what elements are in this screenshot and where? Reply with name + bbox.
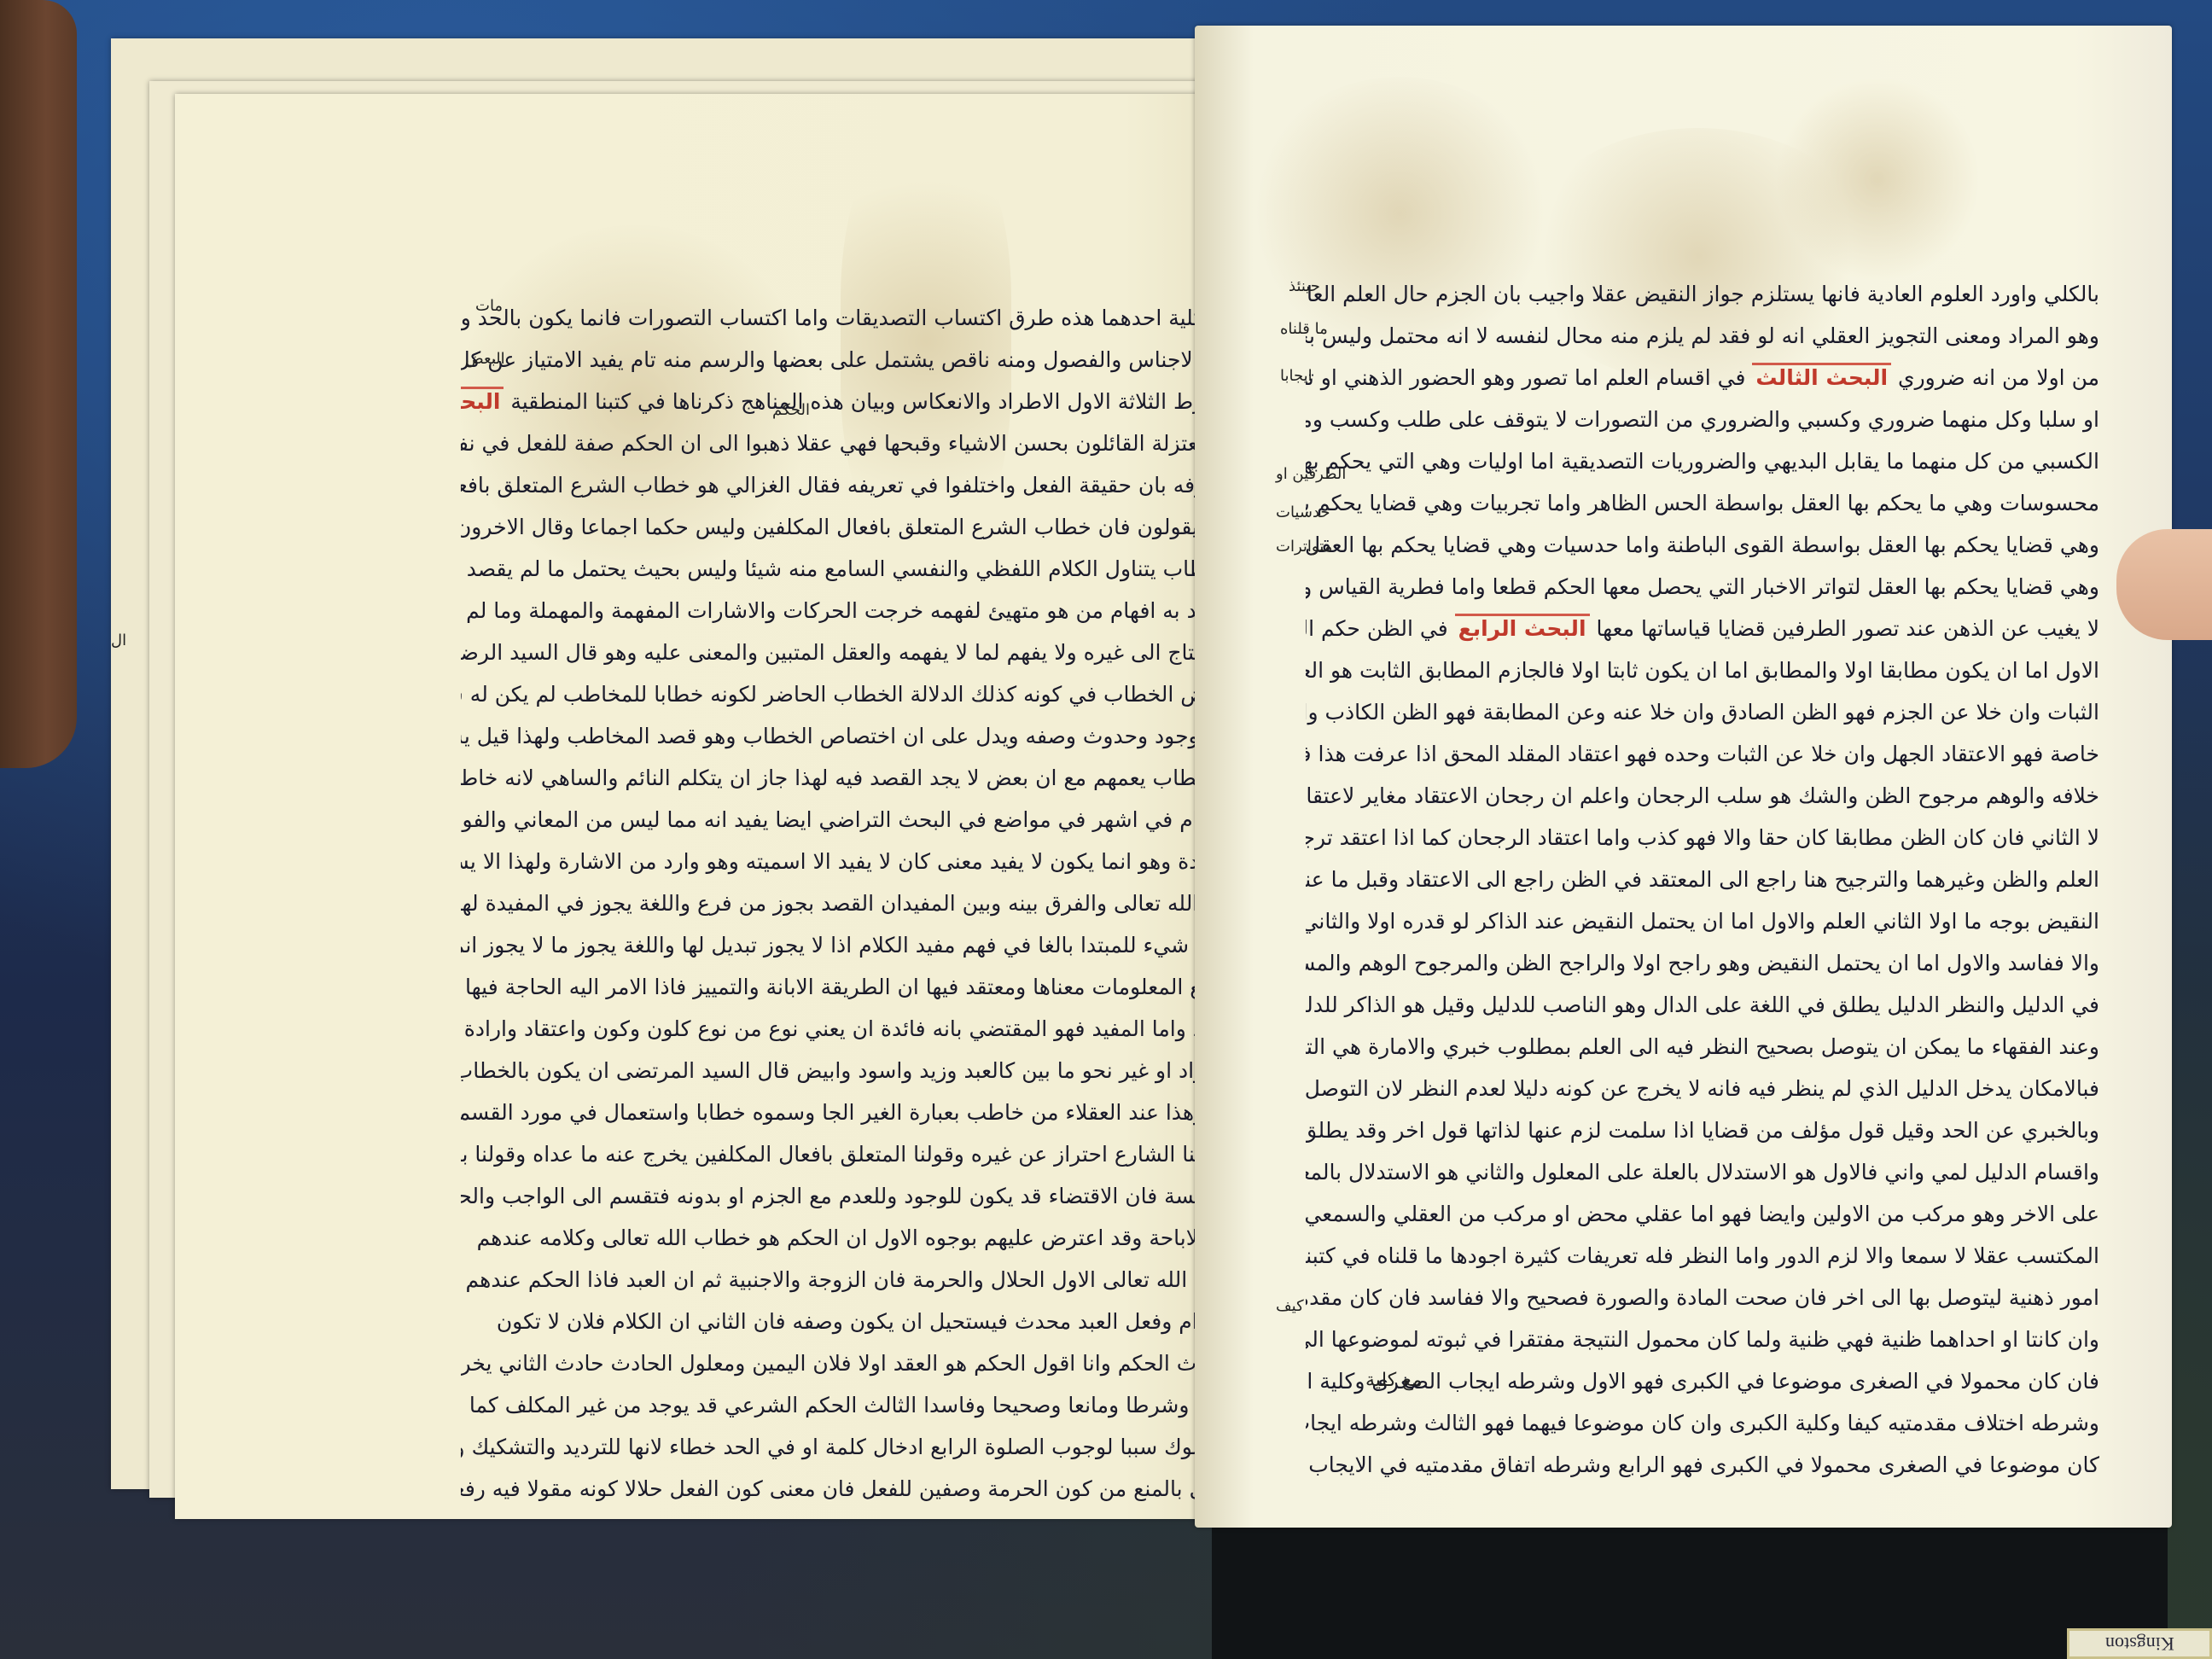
text-line: وفائدة وهو انما يكون لا يفيد معنى كان لا… <box>461 841 1233 882</box>
catchword: مع كلية <box>1365 1370 1423 1391</box>
rubric-heading: البحث الرابع <box>1455 614 1590 641</box>
text-line: وما يقولون فان خطاب الشرع المتعلق بافعال… <box>461 506 1233 548</box>
text-line: النقيض بوجه ما اولا الثاني العلم والاول … <box>1306 900 2099 942</box>
text-line: كان موضوعا في الصغرى محمولا في الكبرى فه… <box>1306 1444 2099 1486</box>
margin-note: كيف <box>1276 1297 1304 1315</box>
text-line: لا الثاني فان كان الظن مطابقا كان حقا وا… <box>1306 817 2099 859</box>
left-page: مع كلية احدهما هذه طرق اكتساب التصديقات … <box>175 94 1293 1519</box>
holder-hand-left <box>0 0 77 768</box>
text-line: وهو المراد ومعنى التجويز العقلي انه لو ف… <box>1306 315 2099 357</box>
text-line: وبعض الخطاب في كونه كذلك الدلالة الخطاب … <box>461 673 1233 715</box>
text-line: محسوسات وهي ما يحكم بها العقل بواسطة الح… <box>1306 482 2099 524</box>
text-line: وبالخبري عن الحد وقيل قول مؤلف من قضايا … <box>1306 1109 2099 1151</box>
holder-finger-right <box>2116 529 2212 640</box>
margin-note: ال <box>111 632 126 649</box>
text-fragment: لا يغيب عن الذهن عند تصور الطرفين قضايا … <box>1590 616 2099 641</box>
margin-note: مات <box>475 297 503 315</box>
text-line: في الدليل والنظر الدليل يطلق في اللغة عل… <box>1306 984 2099 1026</box>
text-fragment: وشرط الثلاثة الاول الاطراد والانعكاس وبي… <box>504 389 1233 414</box>
text-line: خلافه والوهم مرجوح الظن والشك هو سلب الر… <box>1306 775 2099 817</box>
right-page-text: بالكلي واورد العلوم العادية فانها يستلزم… <box>1306 273 2099 1486</box>
text-line-with-rubric: وشرط الثلاثة الاول الاطراد والانعكاس وبي… <box>461 381 1233 422</box>
text-line: فان كان محمولا في الصغرى موضوعا في الكبر… <box>1306 1360 2099 1402</box>
text-line-with-rubric: من اولا من انه ضروري البحث الثالث في اقس… <box>1306 357 2099 399</box>
text-line: هو الاباحة وقد اعترض عليهم بوجوه الاول ا… <box>461 1217 1233 1259</box>
text-line-with-rubric: لا يغيب عن الذهن عند تصور الطرفين قضايا … <box>1306 608 2099 649</box>
text-line: من الاجناس والفصول ومنه ناقص يشتمل على ب… <box>461 339 1233 381</box>
text-line: في الله تعالى والفرق بينه وبين المفيدان … <box>461 882 1233 924</box>
text-line: امور ذهنية ليتوصل بها الى اخر فان صحت ال… <box>1306 1277 2099 1318</box>
text-line: العلم والظن وغيرهما والترجيح هنا راجع ال… <box>1306 859 2099 900</box>
shelf-label-text: Kingston <box>2105 1633 2174 1655</box>
text-fragment: من اولا من انه ضروري <box>1891 365 2099 390</box>
text-line: سببا وشرطا ومانعا وصحيحا وفاسدا الثالث ا… <box>461 1384 1233 1426</box>
text-line: وهي قضايا يحكم بها العقل لتواتر الاخبار … <box>1306 566 2099 608</box>
shelf-label-card: Kingston <box>2067 1628 2212 1659</box>
text-line: الخطاب يتناول الكلام اللفظي والنفسي السا… <box>461 548 1233 590</box>
text-line: الخمسة فان الاقتضاء قد يكون للوجود وللعد… <box>461 1175 1233 1217</box>
text-line: على الاخر وهو مركب من الاولين وايضا فهو … <box>1306 1193 2099 1235</box>
text-line: فبالامكان يدخل الدليل الذي لم ينظر فيه ف… <box>1306 1068 2099 1109</box>
rubric-heading: البحث الثالث <box>1752 363 1891 390</box>
text-fragment: في الظن حكم الذهن المتصور على اخر اما ان… <box>1306 616 1455 641</box>
margin-note: البعض <box>465 350 505 368</box>
text-line: وقولنا الشارع احتراز عن غيره وقولنا المت… <box>461 1133 1233 1175</box>
text-line: الاول اما ان يكون مطابقا اولا والمطابق ا… <box>1306 649 2099 691</box>
text-line: واقسام الدليل لمي واني فالاول هو الاستدل… <box>1306 1151 2099 1193</box>
margin-note: ايجابا <box>1280 367 1313 385</box>
text-line: وسواد او غير نحو ما بين كالعبد وزيد واسو… <box>461 1050 1233 1091</box>
text-line: جميع المعلومات معناها ومعتقد فيها ان الط… <box>461 966 1233 1008</box>
text-line: وشرطه اختلاف مقدمتيه كيفا وكلية الكبرى و… <box>1306 1402 2099 1444</box>
text-line: مع كلية احدهما هذه طرق اكتساب التصديقات … <box>461 297 1233 339</box>
text-line: المكتسب عقلا لا سمعا والا لزم الدور واما… <box>1306 1235 2099 1277</box>
text-line: لا يحتاج الى غيره ولا يفهم لما لا يفهمه … <box>461 632 1233 673</box>
text-line: بالكلي واورد العلوم العادية فانها يستلزم… <box>1306 273 2099 315</box>
margin-note: الحكم <box>772 401 810 419</box>
text-line: حكم الله تعالى الاول الحلال والحرمة فان … <box>461 1259 1233 1301</box>
margin-note: متواترات <box>1276 538 1332 556</box>
text-line: او سلبا وكل منهما ضروري وكسبي والضروري م… <box>1306 399 2099 440</box>
text-line: الثبات وان خلا عن الجزم فهو الظن الصادق … <box>1306 691 2099 733</box>
right-page: بالكلي واورد العلوم العادية فانها يستلزم… <box>1195 26 2172 1528</box>
margin-note: حينئذ <box>1289 277 1320 295</box>
text-line: وان كانتا او احداهما ظنية فهي ظنية ولما … <box>1306 1318 2099 1360</box>
margin-note: حدسيات <box>1276 504 1330 521</box>
text-line: من وجود وحدوث وصفه ويدل على ان اختصاص ال… <box>461 715 1233 757</box>
text-fragment: والا ففاسد والاول اما ان يحتمل النقيض وه… <box>1306 951 2099 975</box>
text-line: والمعتزلة القائلون بحسن الاشياء وقبحها ف… <box>461 422 1233 464</box>
text-line: العبد واما المفيد فهو المقتضي بانه فائدة… <box>461 1008 1233 1050</box>
text-line: وعند الفقهاء ما يمكن ان يتوصل بصحيح النظ… <box>1306 1026 2099 1068</box>
text-line: ويعرفه بان حقيقة الفعل واختلفوا في تعريف… <box>461 464 1233 506</box>
text-line: لفظ شيء للمبتدا بالغا في فهم مفيد الكلام… <box>461 924 1233 966</box>
text-line: يقصد به افهام من هو متهيئ لفهمه خرجت الح… <box>461 590 1233 632</box>
text-fragment: في اقسام العلم اما تصور وهو الحضور الذهن… <box>1306 365 1752 390</box>
text-line: والدلوك سببا لوجوب الصلوة الرابع ادخال ك… <box>461 1426 1233 1468</box>
text-line: الكسبي من كل منهما ما يقابل البديهي والض… <box>1306 440 2099 482</box>
text-line: بل وهذا عند العقلاء من خاطب بعبارة الغير… <box>461 1091 1233 1133</box>
text-line: والخطاب يعمهم مع ان بعض لا يجد القصد فيه… <box>461 757 1233 799</box>
text-line: الابهام في اشهر في مواضع في البحث التراض… <box>461 799 1233 841</box>
water-stain <box>1775 77 1980 282</box>
text-line: وهي قضايا يحكم بها العقل بواسطة القوى ال… <box>1306 524 2099 566</box>
margin-note: ما قلناه <box>1280 320 1328 338</box>
text-line: محدث الحكم وانا اقول الحكم هو العقد اولا… <box>461 1342 1233 1384</box>
text-line: خاصة فهو الاعتقاد الجهل وان خلا عن الثبا… <box>1306 733 2099 775</box>
text-line: الاول بالمنع من كون الحرمة وصفين للفعل ف… <box>461 1468 1233 1510</box>
left-page-text: مع كلية احدهما هذه طرق اكتساب التصديقات … <box>461 297 1233 1510</box>
text-line: وحرام وفعل العبد محدث فيستحيل ان يكون وص… <box>461 1301 1233 1342</box>
rubric-heading: البحث السادس <box>461 387 504 414</box>
margin-note: الطرفين او <box>1276 465 1346 483</box>
text-line-with-rubric: والا ففاسد والاول اما ان يحتمل النقيض وه… <box>1306 942 2099 984</box>
